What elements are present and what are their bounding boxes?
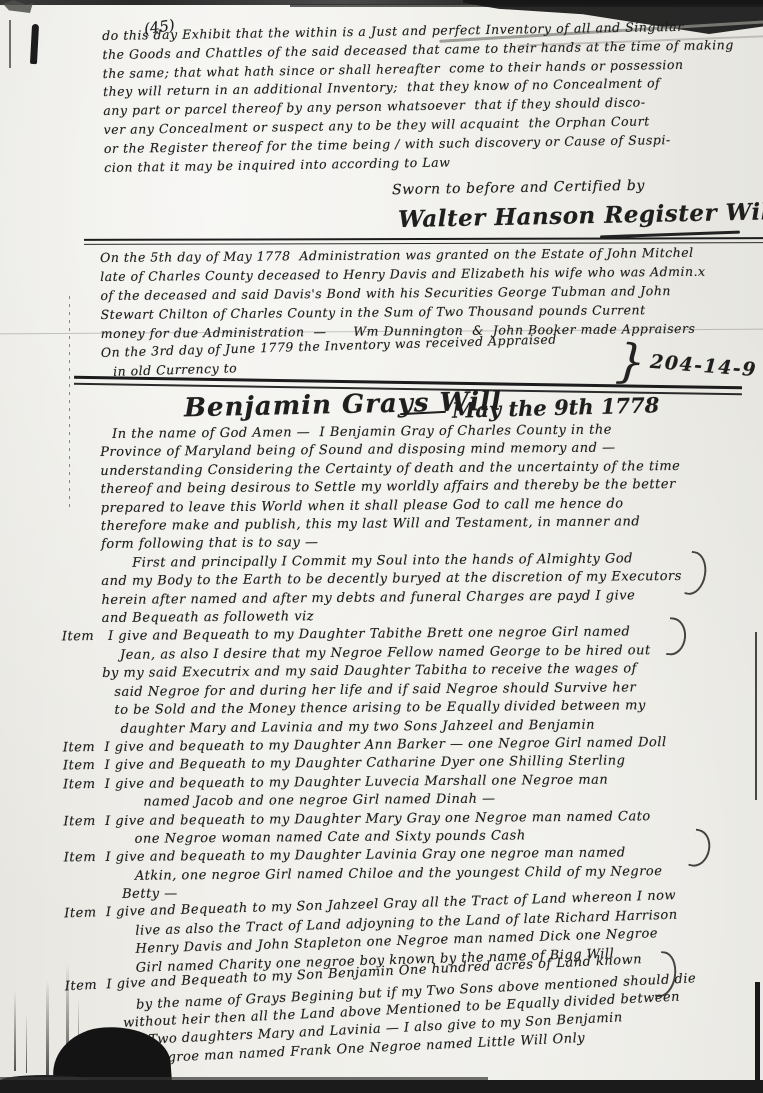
scan-streak-bottom-left — [46, 980, 49, 1075]
scan-streak-top-left — [9, 20, 11, 68]
ink-stroke-top-left — [30, 24, 39, 64]
appraised-amount: 204-14-9 — [649, 351, 757, 381]
page-edge-right-lower — [755, 982, 760, 1093]
will-date: May the 9th 1778 — [452, 392, 660, 422]
scan-streak-bottom-left — [26, 1013, 27, 1073]
attestation-line: Sworn to before and Certified by — [392, 178, 645, 198]
scanned-document-page: (45) do this day Exhibit that the within… — [0, 0, 763, 1093]
scan-streak-bottom-left — [14, 991, 16, 1071]
register-signature: Walter Hanson Register Wills — [398, 198, 763, 233]
inventory-certification-section: do this day Exhibit that the within is a… — [102, 17, 736, 177]
page-edge-right-upper — [755, 632, 757, 800]
fold-line — [69, 296, 70, 508]
scan-edge-bottom — [0, 1080, 763, 1093]
will-body-section: In the name of God Amen — I Benjamin Gra… — [100, 421, 697, 1070]
appraisal-brace: } — [614, 333, 647, 389]
